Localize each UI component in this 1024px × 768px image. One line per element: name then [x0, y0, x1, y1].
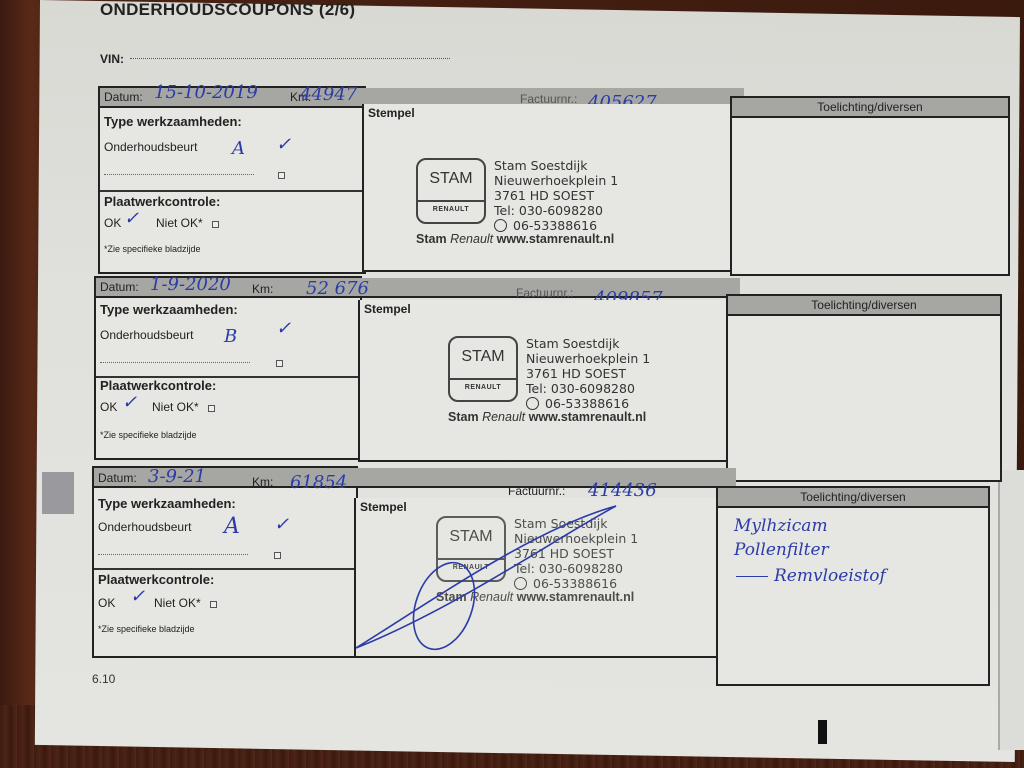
coupon-3-stamp-panel: Stempel STAM RENAULT Stam Soestdijk Nieu…	[354, 498, 718, 658]
notes-header: Toelichting/diversen	[728, 296, 1000, 316]
dealer-phone: Tel: 030-6098280	[514, 561, 638, 576]
dealer-name: Stam Soestdijk	[526, 336, 650, 351]
dealer-website: Stam Renault www.stamrenault.nl	[416, 232, 614, 246]
coupon-1-date[interactable]: 15-10-2019	[154, 82, 258, 103]
datum-label: Datum:	[104, 90, 143, 104]
coupon-2-date[interactable]: 1-9-2020	[150, 274, 231, 295]
crossed-out-word	[736, 576, 768, 577]
logo-text: STAM	[418, 170, 484, 188]
dealer-address: Stam Soestdijk Nieuwerhoekplein 1 3761 H…	[494, 158, 618, 233]
dealer-name: Stam Soestdijk	[514, 516, 638, 531]
coupon-3-work-panel: Datum: Km: Factuurnr.: 3-9-21 61854 Type…	[92, 466, 358, 658]
stamp-label: Stempel	[368, 106, 415, 120]
note-line-3[interactable]: Remvloeistof	[774, 566, 886, 586]
ok-label: OK	[98, 596, 115, 610]
divider	[94, 568, 356, 570]
stamp-label: Stempel	[360, 500, 407, 514]
not-ok-label: Niet OK*	[154, 596, 201, 610]
maintenance-label: Onderhoudsbeurt	[100, 328, 193, 342]
vin-field[interactable]	[130, 58, 450, 59]
coupon-3-service-type[interactable]: A	[224, 514, 240, 539]
coupon-1-notes-panel: Toelichting/diversen	[730, 96, 1010, 276]
ok-label: OK	[104, 216, 121, 230]
coupon-2-bodywork-ok[interactable]: ✓	[122, 392, 137, 413]
coupon-3-bodywork-ok[interactable]: ✓	[130, 586, 145, 607]
dealer-website: Stam Renault www.stamrenault.nl	[436, 590, 634, 604]
bodywork-label: Plaatwerkcontrole:	[98, 572, 214, 587]
type-work-label: Type werkzaamheden:	[100, 302, 238, 317]
whatsapp-icon	[494, 219, 507, 232]
logo-sub: RENAULT	[418, 206, 484, 213]
coupon-1-work-panel: Datum: Km: Factuurnr.: 15-10-2019 44947 …	[98, 86, 366, 274]
coupon-1-bodywork-ok[interactable]: ✓	[124, 208, 139, 229]
other-work-checkbox[interactable]	[278, 172, 285, 179]
dealer-whatsapp: 06-53388616	[545, 396, 629, 411]
dealer-city: 3761 HD SOEST	[514, 546, 638, 561]
notes-header: Toelichting/diversen	[732, 98, 1008, 118]
dealer-street: Nieuwerhoekplein 1	[526, 351, 650, 366]
note-line-1[interactable]: Mylhzicam	[734, 516, 828, 536]
not-ok-label: Niet OK*	[152, 400, 199, 414]
factuurnr-label: Factuurnr.:	[516, 286, 573, 300]
other-work-field[interactable]	[100, 362, 250, 363]
dealer-address: Stam Soestdijk Nieuwerhoekplein 1 3761 H…	[514, 516, 638, 591]
page-number: 6.10	[92, 672, 115, 686]
divider	[100, 190, 364, 192]
logo-sub: RENAULT	[450, 384, 516, 391]
not-ok-checkbox[interactable]	[210, 601, 217, 608]
stamp-label: Stempel	[364, 302, 411, 316]
coupon-1-service-check[interactable]: ✓	[276, 134, 291, 155]
type-work-label: Type werkzaamheden:	[98, 496, 236, 511]
datum-label: Datum:	[100, 280, 139, 294]
stam-renault-logo: STAM RENAULT	[448, 336, 518, 402]
coupon-2-km[interactable]: 52 676	[306, 278, 369, 299]
bodywork-label: Plaatwerkcontrole:	[100, 378, 216, 393]
coupon-2-work-panel: Datum: Km: Factuurnr.: 1-9-2020 52 676 T…	[94, 276, 362, 460]
dealer-phone: Tel: 030-6098280	[526, 381, 650, 396]
coupon-1-service-type[interactable]: A	[232, 138, 245, 159]
whatsapp-icon	[526, 397, 539, 410]
logo-sub: RENAULT	[438, 564, 504, 571]
coupon-2-service-check[interactable]: ✓	[276, 318, 291, 339]
next-page-edge	[998, 470, 1024, 750]
dealer-city: 3761 HD SOEST	[494, 188, 618, 203]
not-ok-checkbox[interactable]	[212, 221, 219, 228]
footnote: *Zie specifieke bladzijde	[104, 244, 201, 254]
other-work-checkbox[interactable]	[276, 360, 283, 367]
dealer-whatsapp: 06-53388616	[513, 218, 597, 233]
km-label: Km:	[252, 282, 273, 296]
whatsapp-icon	[514, 577, 527, 590]
ok-label: OK	[100, 400, 117, 414]
coupon-3-notes-panel: Toelichting/diversen Mylhzicam Pollenfil…	[716, 486, 990, 686]
logo-text: STAM	[450, 348, 516, 366]
page-title: ONDERHOUDSCOUPONS (2/6)	[100, 0, 355, 20]
coupon-2-notes-panel: Toelichting/diversen	[726, 294, 1002, 482]
dealer-phone: Tel: 030-6098280	[494, 203, 618, 218]
coupon-3-km[interactable]: 61854	[290, 472, 347, 493]
logo-text: STAM	[438, 528, 504, 546]
dealer-street: Nieuwerhoekplein 1	[514, 531, 638, 546]
coupon-3-date[interactable]: 3-9-21	[148, 466, 206, 487]
dealer-website: Stam Renault www.stamrenault.nl	[448, 410, 646, 424]
page-edge-marker	[818, 720, 827, 744]
not-ok-checkbox[interactable]	[208, 405, 215, 412]
coupon-2-service-type[interactable]: B	[224, 326, 237, 347]
dealer-name: Stam Soestdijk	[494, 158, 618, 173]
km-label: Km:	[252, 475, 273, 489]
footnote: *Zie specifieke bladzijde	[100, 430, 197, 440]
maintenance-label: Onderhoudsbeurt	[104, 140, 197, 154]
stam-renault-logo: STAM RENAULT	[436, 516, 506, 582]
note-line-2[interactable]: Pollenfilter	[734, 540, 829, 560]
maintenance-label: Onderhoudsbeurt	[98, 520, 191, 534]
dealer-street: Nieuwerhoekplein 1	[494, 173, 618, 188]
stam-renault-logo: STAM RENAULT	[416, 158, 486, 224]
dealer-city: 3761 HD SOEST	[526, 366, 650, 381]
other-work-checkbox[interactable]	[274, 552, 281, 559]
datum-label: Datum:	[98, 471, 137, 485]
other-work-field[interactable]	[104, 174, 254, 175]
type-work-label: Type werkzaamheden:	[104, 114, 242, 129]
factuurnr-label: Factuurnr.:	[508, 484, 565, 498]
dealer-address: Stam Soestdijk Nieuwerhoekplein 1 3761 H…	[526, 336, 650, 411]
notes-header: Toelichting/diversen	[718, 488, 988, 508]
other-work-field[interactable]	[98, 554, 248, 555]
dealer-whatsapp: 06-53388616	[533, 576, 617, 591]
coupon-1-stamp-panel: Stempel STAM RENAULT Stam Soestdijk Nieu…	[362, 104, 734, 272]
not-ok-label: Niet OK*	[156, 216, 203, 230]
coupon-3-service-check[interactable]: ✓	[274, 514, 289, 535]
vin-label: VIN:	[100, 52, 124, 66]
footnote: *Zie specifieke bladzijde	[98, 624, 195, 634]
page-tab-marker	[42, 472, 74, 514]
coupon-2-stamp-panel: Stempel STAM RENAULT Stam Soestdijk Nieu…	[358, 300, 730, 462]
bodywork-label: Plaatwerkcontrole:	[104, 194, 220, 209]
coupon-1-km[interactable]: 44947	[300, 84, 357, 105]
